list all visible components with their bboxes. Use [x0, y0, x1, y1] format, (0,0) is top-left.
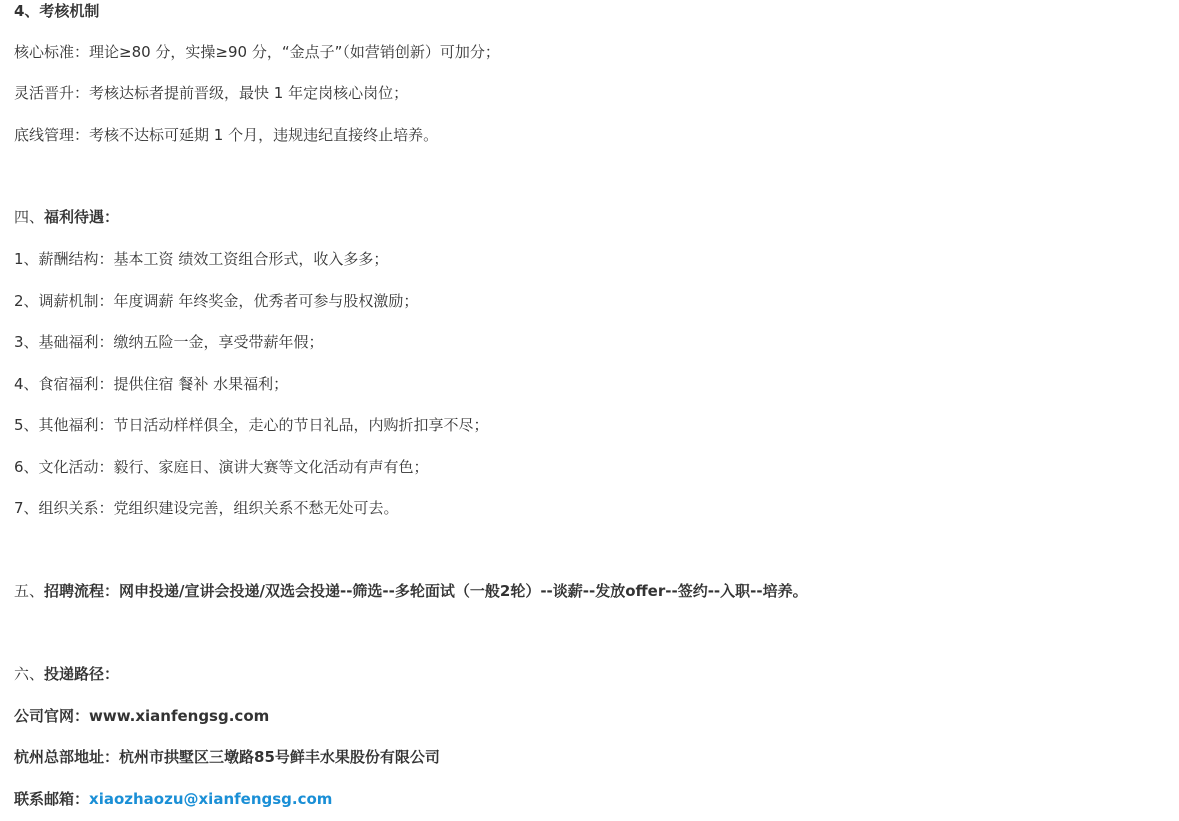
- benefits-heading-text: 福利待遇：: [44, 208, 119, 226]
- assessment-item-core-standard: 核心标准：理论≥80 分，实操≥90 分，“金点子”（如营销创新）可加分；: [14, 41, 500, 63]
- apply-heading: 六、投递路径：: [14, 663, 119, 685]
- process-heading: 五、招聘流程：网申投递/宣讲会投递/双选会投递--筛选--多轮面试（一般2轮）-…: [14, 580, 808, 602]
- benefits-item-salary: 1、薪酬结构：基本工资 绩效工资组合形式，收入多多；: [14, 248, 388, 270]
- benefits-item-basic: 3、基础福利：缴纳五险一金，享受带薪年假；: [14, 331, 324, 353]
- benefits-heading-prefix: 四、: [14, 208, 44, 226]
- assessment-item-baseline-management: 底线管理：考核不达标可延期 1 个月，违规违纪直接终止培养。: [14, 124, 438, 146]
- process-heading-prefix: 五、: [14, 582, 44, 600]
- apply-heading-text: 投递路径：: [44, 665, 119, 683]
- email-line: 联系邮箱：xiaozhaozu@xianfengsg.com: [14, 788, 332, 810]
- apply-heading-prefix: 六、: [14, 665, 44, 683]
- address-label: 杭州总部地址：: [14, 748, 119, 766]
- benefits-item-culture: 6、文化活动：毅行、家庭日、演讲大赛等文化活动有声有色；: [14, 456, 429, 478]
- email-link[interactable]: xiaozhaozu@xianfengsg.com: [89, 790, 332, 808]
- website-line: 公司官网：www.xianfengsg.com: [14, 705, 269, 727]
- address-line: 杭州总部地址：杭州市拱墅区三墩路85号鲜丰水果股份有限公司: [14, 746, 440, 768]
- email-label: 联系邮箱：: [14, 790, 89, 808]
- benefits-item-other: 5、其他福利：节日活动样样俱全，走心的节日礼品，内购折扣享不尽；: [14, 414, 489, 436]
- website-value: www.xianfengsg.com: [89, 707, 269, 725]
- benefits-item-raise: 2、调薪机制：年度调薪 年终奖金，优秀者可参与股权激励；: [14, 290, 418, 312]
- website-label: 公司官网：: [14, 707, 89, 725]
- address-value: 杭州市拱墅区三墩路85号鲜丰水果股份有限公司: [119, 748, 440, 766]
- process-text: 招聘流程：网申投递/宣讲会投递/双选会投递--筛选--多轮面试（一般2轮）--谈…: [44, 582, 808, 600]
- benefits-item-board-lodging: 4、食宿福利：提供住宿 餐补 水果福利；: [14, 373, 288, 395]
- benefits-item-organization: 7、组织关系：党组织建设完善，组织关系不愁无处可去。: [14, 497, 399, 519]
- assessment-heading: 4、考核机制: [14, 0, 99, 22]
- benefits-heading: 四、福利待遇：: [14, 206, 119, 228]
- assessment-item-flexible-promotion: 灵活晋升：考核达标者提前晋级，最快 1 年定岗核心岗位；: [14, 82, 408, 104]
